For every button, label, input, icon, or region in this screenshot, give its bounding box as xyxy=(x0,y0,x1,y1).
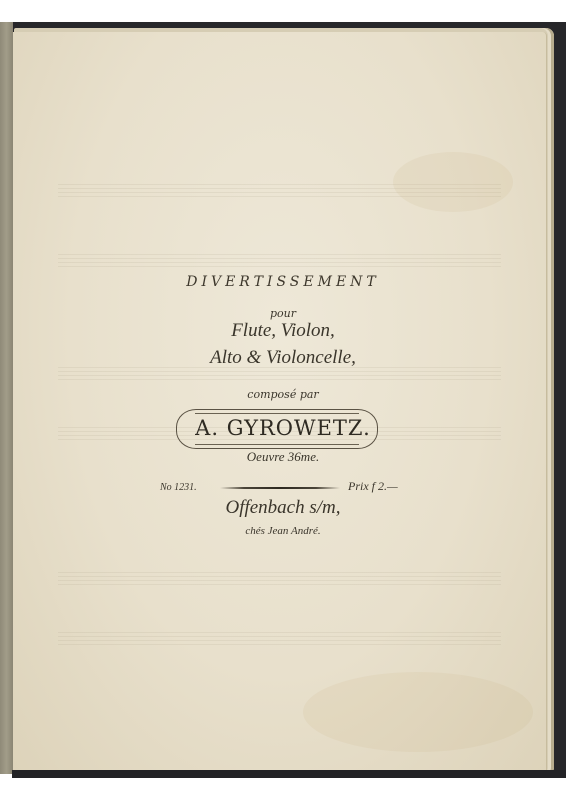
scan-bottom-margin xyxy=(0,778,566,800)
pour-text: pour xyxy=(0,307,566,320)
water-stain xyxy=(303,672,533,752)
title-page xyxy=(13,32,547,772)
compose-par-text: composé par xyxy=(0,388,566,401)
work-title: DIVERTISSEMENT xyxy=(0,274,566,290)
price: Prix f 2.— xyxy=(348,479,398,494)
bleed-through-staff xyxy=(58,254,501,270)
scan-top-margin xyxy=(0,0,566,22)
opus-number: Oeuvre 36me. xyxy=(0,449,566,465)
instruments-line-2: Alto & Violoncelle, xyxy=(0,347,566,369)
composer-name: A. GYROWETZ. xyxy=(0,416,566,440)
bleed-through-staff xyxy=(58,572,501,588)
water-stain xyxy=(393,152,513,212)
bleed-through-staff xyxy=(58,367,501,383)
publisher-city: Offenbach s/m, xyxy=(0,497,566,519)
plate-number: No 1231. xyxy=(160,482,197,493)
engraved-rule xyxy=(220,487,340,489)
bleed-through-staff xyxy=(58,632,501,648)
publisher-name: chés Jean André. xyxy=(0,525,566,537)
instruments-line-1: Flute, Violon, xyxy=(0,320,566,342)
scan-bottom-edge xyxy=(12,770,566,778)
